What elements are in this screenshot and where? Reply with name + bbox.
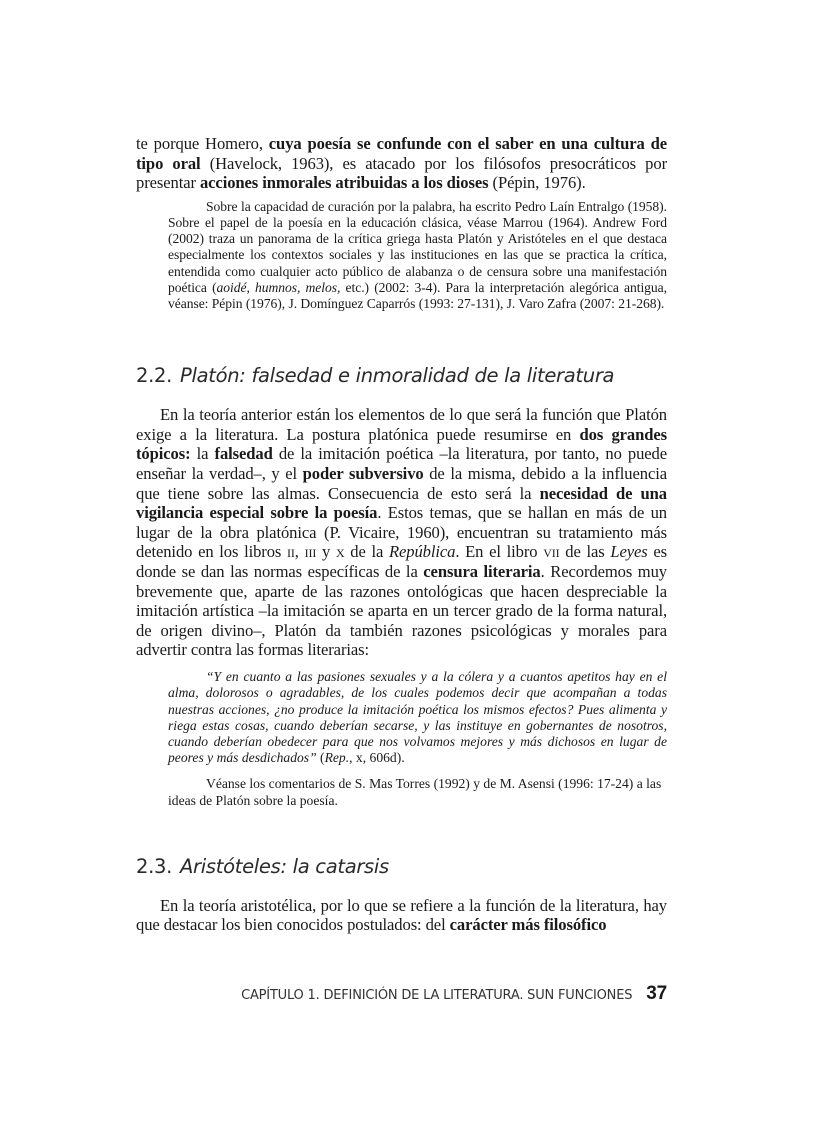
paragraph-homero: te porque Homero, cuya poesía se confund…: [136, 134, 667, 193]
section-number: 2.2.: [136, 364, 172, 387]
bold-phrase: carácter más filosófico: [450, 915, 607, 934]
page-number: 37: [646, 983, 667, 1005]
paragraph-platon: En la teoría anterior están los elemento…: [136, 405, 667, 660]
italic-terms: aoidé, humnos, melos,: [217, 280, 341, 295]
bold-phrase: acciones inmorales atribuidas a los dios…: [200, 173, 489, 192]
text-run: y: [316, 542, 336, 561]
italic-title: República: [389, 542, 455, 561]
quote-text: “Y en cuanto a las pasiones sexuales y a…: [168, 669, 667, 765]
bold-phrase: falsedad: [215, 444, 273, 463]
roman-numeral: ii, iii: [287, 542, 316, 561]
section-title: Aristóteles: la catarsis: [180, 855, 389, 878]
roman-numeral: vii: [543, 542, 559, 561]
citation-work: Rep.: [325, 750, 350, 765]
text-run: . En el libro: [455, 542, 543, 561]
book-page: te porque Homero, cuya poesía se confund…: [136, 134, 667, 935]
citation-text: (: [317, 750, 325, 765]
text-run: te porque Homero,: [136, 134, 269, 153]
bold-phrase: censura literaria: [423, 562, 540, 581]
section-heading-2-2: 2.2.Platón: falsedad e inmoralidad de la…: [136, 364, 667, 387]
block-quote-republica: “Y en cuanto a las pasiones sexuales y a…: [168, 669, 667, 767]
note-lain-entralgo: Sobre la capacidad de curación por la pa…: [168, 199, 667, 312]
section-title: Platón: falsedad e inmoralidad de la lit…: [180, 364, 614, 387]
text-run: de la: [345, 542, 389, 561]
text-run: de las: [560, 542, 611, 561]
page-footer: CAPÍTULO 1. DEFINICIÓN DE LA LITERATURA.…: [241, 983, 667, 1005]
text-run: (Pépin, 1976).: [488, 173, 585, 192]
running-head: CAPÍTULO 1. DEFINICIÓN DE LA LITERATURA.…: [241, 988, 632, 1003]
roman-numeral: x: [336, 542, 345, 561]
note-mas-torres: Véanse los comentarios de S. Mas Torres …: [168, 775, 667, 809]
paragraph-aristoteles: En la teoría aristotélica, por lo que se…: [136, 896, 667, 935]
citation-text: , x, 606d).: [349, 750, 405, 765]
bold-phrase: poder subversivo: [303, 464, 424, 483]
text-run: la: [191, 444, 215, 463]
section-heading-2-3: 2.3.Aristóteles: la catarsis: [136, 855, 667, 878]
section-number: 2.3.: [136, 855, 172, 878]
italic-title: Leyes: [610, 542, 647, 561]
